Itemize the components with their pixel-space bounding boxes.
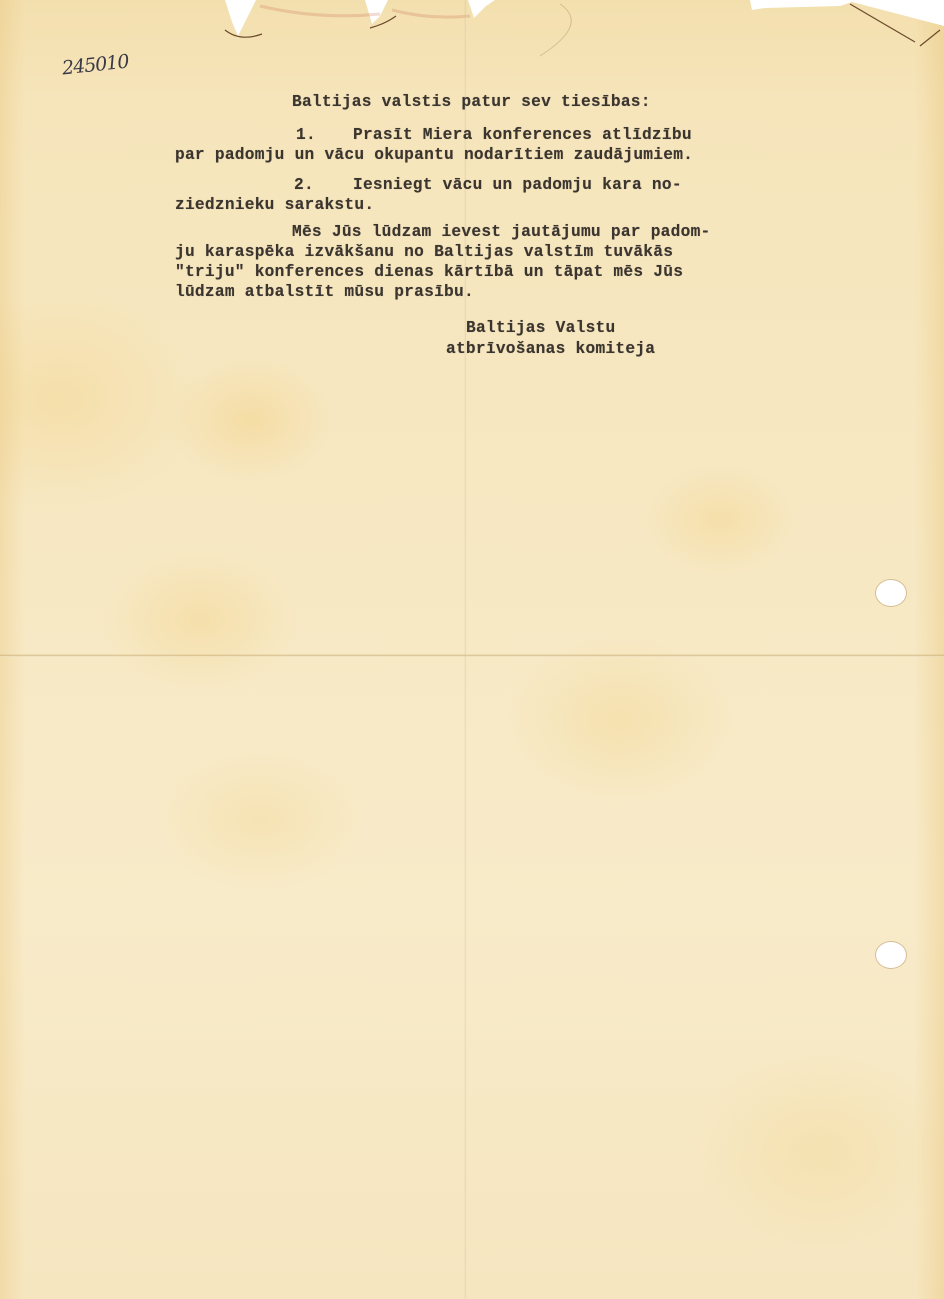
paper-edge-stain-right [914, 0, 944, 1299]
item-2-line-1: Iesniegt vācu un padomju kara no- [353, 175, 682, 195]
item-2-line-2: ziedznieku sarakstu. [175, 195, 374, 215]
item-2-number: 2. [294, 175, 314, 195]
punch-hole-upper [876, 580, 906, 606]
paper-edge-stain-left [0, 0, 25, 1299]
request-line-4: lūdzam atbalstīt mūsu prasību. [175, 282, 474, 302]
horizontal-fold-line [0, 654, 944, 657]
heading: Baltijas valstis patur sev tiesības: [292, 92, 651, 112]
torn-top-edge [0, 0, 944, 60]
item-1-line-2: par padomju un vācu okupantu nodarītiem … [175, 145, 693, 165]
item-1-number: 1. [296, 125, 316, 145]
punch-hole-lower [876, 942, 906, 968]
signature-line-1: Baltijas Valstu [466, 318, 615, 338]
request-line-2: ju karaspēka izvākšanu no Baltijas valst… [175, 242, 673, 262]
request-line-1: Mēs Jūs lūdzam ievest jautājumu par pado… [292, 222, 711, 242]
request-line-3: "triju" konferences dienas kārtībā un tā… [175, 262, 683, 282]
document-page: 245010 Baltijas valstis patur sev tiesīb… [0, 0, 944, 1299]
signature-line-2: atbrīvošanas komiteja [446, 339, 655, 359]
item-1-line-1: Prasīt Miera konferences atlīdzību [353, 125, 692, 145]
